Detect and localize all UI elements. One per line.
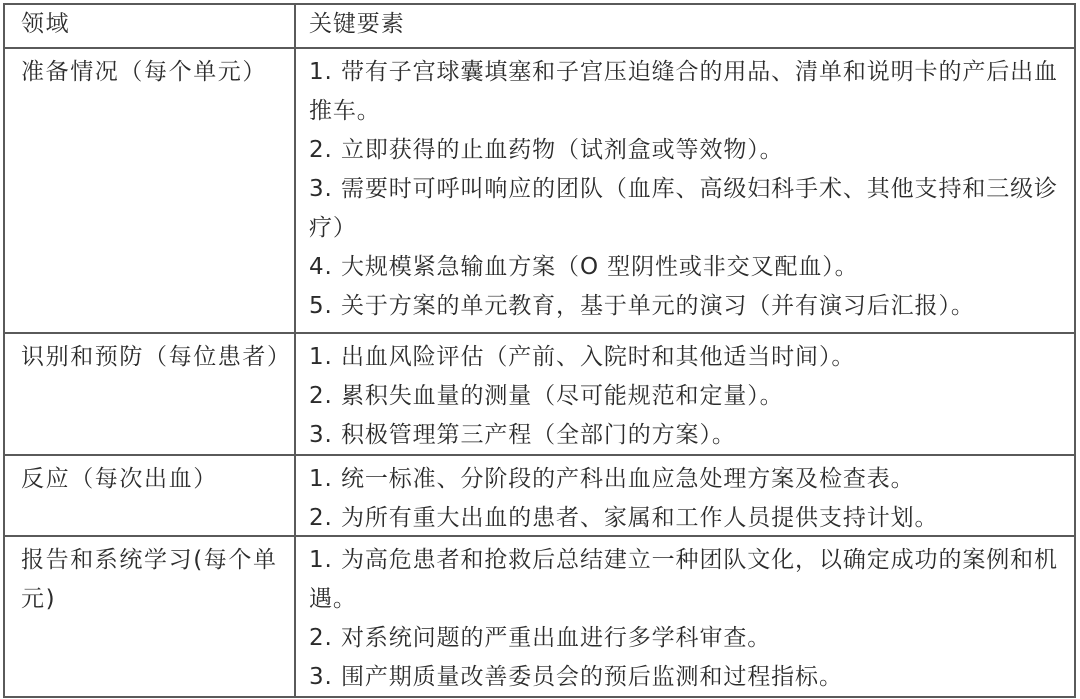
table-row-reporting-learning: 报告和系统学习(每个单元) 1. 为高危患者和抢救后总结建立一种团队文化，以确定…: [5, 535, 1074, 696]
list-item: 2. 为所有重大出血的患者、家属和工作人员提供支持计划。: [309, 499, 1066, 538]
domain-cell: 反应（每次出血）: [5, 456, 296, 535]
elements-cell: 1. 带有子宫球囊填塞和子宫压迫缝合的用品、清单和说明卡的产后出血推车。 2. …: [296, 49, 1074, 332]
elements-cell: 1. 为高危患者和抢救后总结建立一种团队文化，以确定成功的案例和机遇。 2. 对…: [296, 537, 1074, 696]
elements-cell: 1. 统一标准、分阶段的产科出血应急处理方案及检查表。 2. 为所有重大出血的患…: [296, 456, 1074, 535]
list-item: 2. 立即获得的止血药物（试剂盒或等效物）。: [309, 131, 1066, 170]
list-item: 1. 为高危患者和抢救后总结建立一种团队文化，以确定成功的案例和机遇。: [309, 541, 1066, 619]
header-domain: 领域: [5, 5, 296, 47]
list-item: 3. 围产期质量改善委员会的预后监测和过程指标。: [309, 658, 1066, 697]
list-item: 2. 累积失血量的测量（尽可能规范和定量）。: [309, 377, 1066, 416]
header-key-elements: 关键要素: [296, 5, 1074, 47]
table-row-readiness: 准备情况（每个单元） 1. 带有子宫球囊填塞和子宫压迫缝合的用品、清单和说明卡的…: [5, 47, 1074, 332]
domain-cell: 识别和预防（每位患者）: [5, 334, 296, 454]
table-header-row: 领域 关键要素: [5, 5, 1074, 47]
list-item: 3. 需要时可呼叫响应的团队（血库、高级妇科手术、其他支持和三级诊疗）: [309, 170, 1066, 248]
list-item: 2. 对系统问题的严重出血进行多学科审查。: [309, 619, 1066, 658]
list-item: 4. 大规模紧急输血方案（O 型阴性或非交叉配血）。: [309, 248, 1066, 287]
list-item: 3. 积极管理第三产程（全部门的方案）。: [309, 416, 1066, 455]
list-item: 1. 统一标准、分阶段的产科出血应急处理方案及检查表。: [309, 460, 1066, 499]
hemorrhage-bundle-table: 领域 关键要素 准备情况（每个单元） 1. 带有子宫球囊填塞和子宫压迫缝合的用品…: [3, 3, 1076, 698]
table-row-response: 反应（每次出血） 1. 统一标准、分阶段的产科出血应急处理方案及检查表。 2. …: [5, 454, 1074, 535]
list-item: 1. 出血风险评估（产前、入院时和其他适当时间）。: [309, 338, 1066, 377]
list-item: 1. 带有子宫球囊填塞和子宫压迫缝合的用品、清单和说明卡的产后出血推车。: [309, 53, 1066, 131]
list-item: 5. 关于方案的单元教育，基于单元的演习（并有演习后汇报）。: [309, 287, 1066, 326]
domain-cell: 报告和系统学习(每个单元): [5, 537, 296, 696]
elements-cell: 1. 出血风险评估（产前、入院时和其他适当时间）。 2. 累积失血量的测量（尽可…: [296, 334, 1074, 454]
table-row-recognition-prevention: 识别和预防（每位患者） 1. 出血风险评估（产前、入院时和其他适当时间）。 2.…: [5, 332, 1074, 454]
domain-cell: 准备情况（每个单元）: [5, 49, 296, 332]
